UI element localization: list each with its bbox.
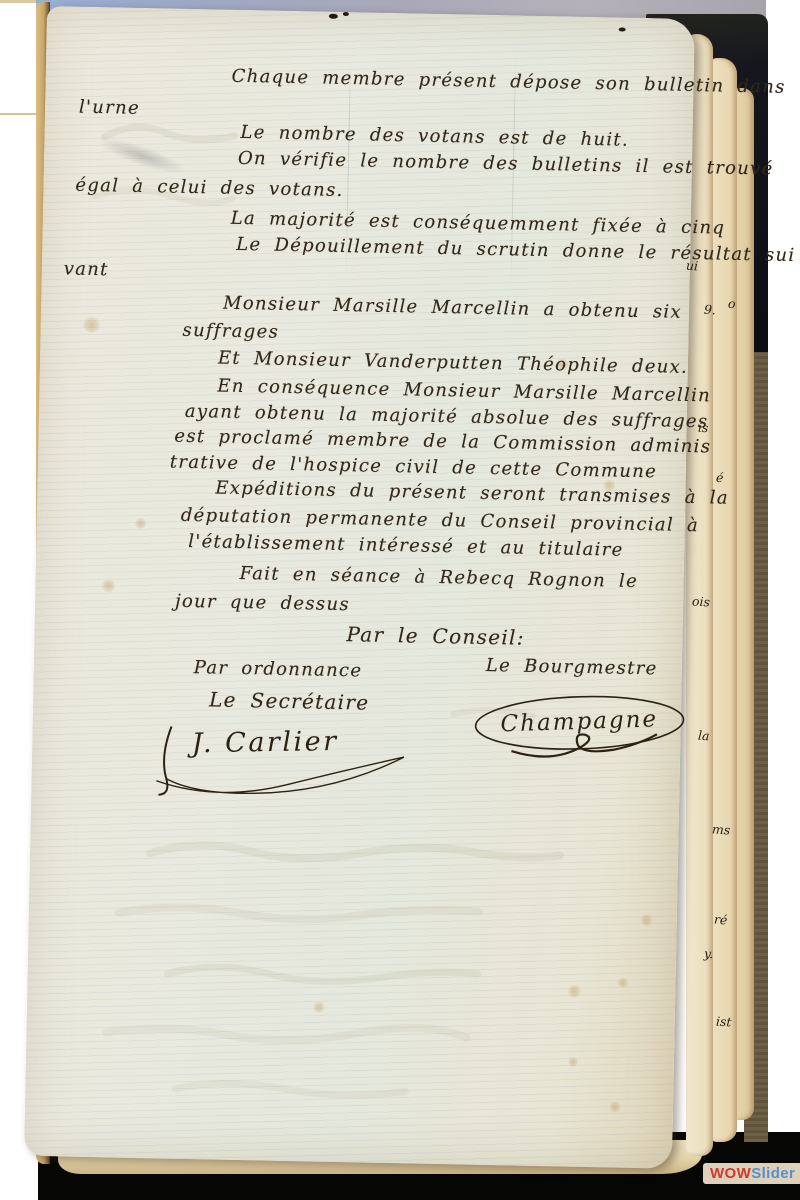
foxing-spot [82,317,100,333]
manuscript-line: l'établissement intéressé et au titulair… [188,531,624,561]
manuscript-line: Le nombre des votans est de huit. [240,122,629,151]
edge-ink-fragment: ist [715,1013,731,1029]
closing-left-role: Par ordonnance [194,657,363,681]
manuscript-line: Et Monsieur Vanderputten Théophile deux. [218,348,689,378]
mayor-signature: Champagne [470,689,690,762]
foxing-spot [567,985,581,998]
photo-of-manuscript-register-page: Chaque membre présent dépose son bulleti… [0,0,800,1200]
edge-ink-fragment: ui [685,258,698,274]
edge-ink-fragment: y. [703,946,713,962]
wowslider-slider-text: Slider [751,1165,795,1182]
manuscript-line: La majorité est conséquemment fixée à ci… [231,208,726,239]
edge-ink-fragment: ois [691,593,710,609]
foxing-spot [641,914,653,926]
edge-speck [343,12,349,16]
closing-by-council: Par le Conseil: [346,622,525,650]
foxing-spot [568,1057,578,1067]
manuscript-line: l'urne [79,97,140,119]
edge-ink-fragment: é [715,470,723,485]
manuscript-line: égal à celui des votans. [75,175,344,201]
manuscript-line: En conséquence Monsieur Marsille Marcell… [217,375,711,406]
edge-ink-fragment: o [727,296,736,311]
foxing-spot [135,518,147,529]
edge-speck [329,14,338,19]
manuscript-line: vant [64,258,109,280]
edge-ink-fragment: is [697,420,708,436]
wowslider-watermark[interactable]: WOWSlider [703,1163,800,1184]
edge-speck [619,27,626,31]
closing-left-role: Le Secrétaire [209,687,370,714]
manuscript-line: jour que dessus [175,591,350,616]
closing-right-role: Le Bourgmestre [486,655,658,679]
edge-ink-fragment: la [697,728,709,744]
manuscript-line: Monsieur Marsille Marcellin a obtenu six [223,293,682,323]
edge-ink-fragment: ré [713,912,727,928]
manuscript-page: Chaque membre présent dépose son bulleti… [24,6,695,1169]
edge-ink-fragment: ms [711,821,730,837]
edge-ink-fragment: 9. [703,302,716,318]
ink-smudge [95,131,188,180]
manuscript-line: suffrages [182,320,279,343]
foxing-spot [313,1002,325,1013]
foxing-spot [101,579,115,592]
wowslider-wow-text: WOW [710,1165,751,1182]
foxing-spot [609,1102,621,1113]
manuscript-line: Fait en séance à Rebecq Rognon le [239,563,638,592]
mayor-signature-name: Champagne [500,706,658,737]
foxing-spot [617,978,628,988]
secretary-signature-name: J. Carlier [192,726,339,759]
secretary-signature: J. Carlier [147,715,418,799]
